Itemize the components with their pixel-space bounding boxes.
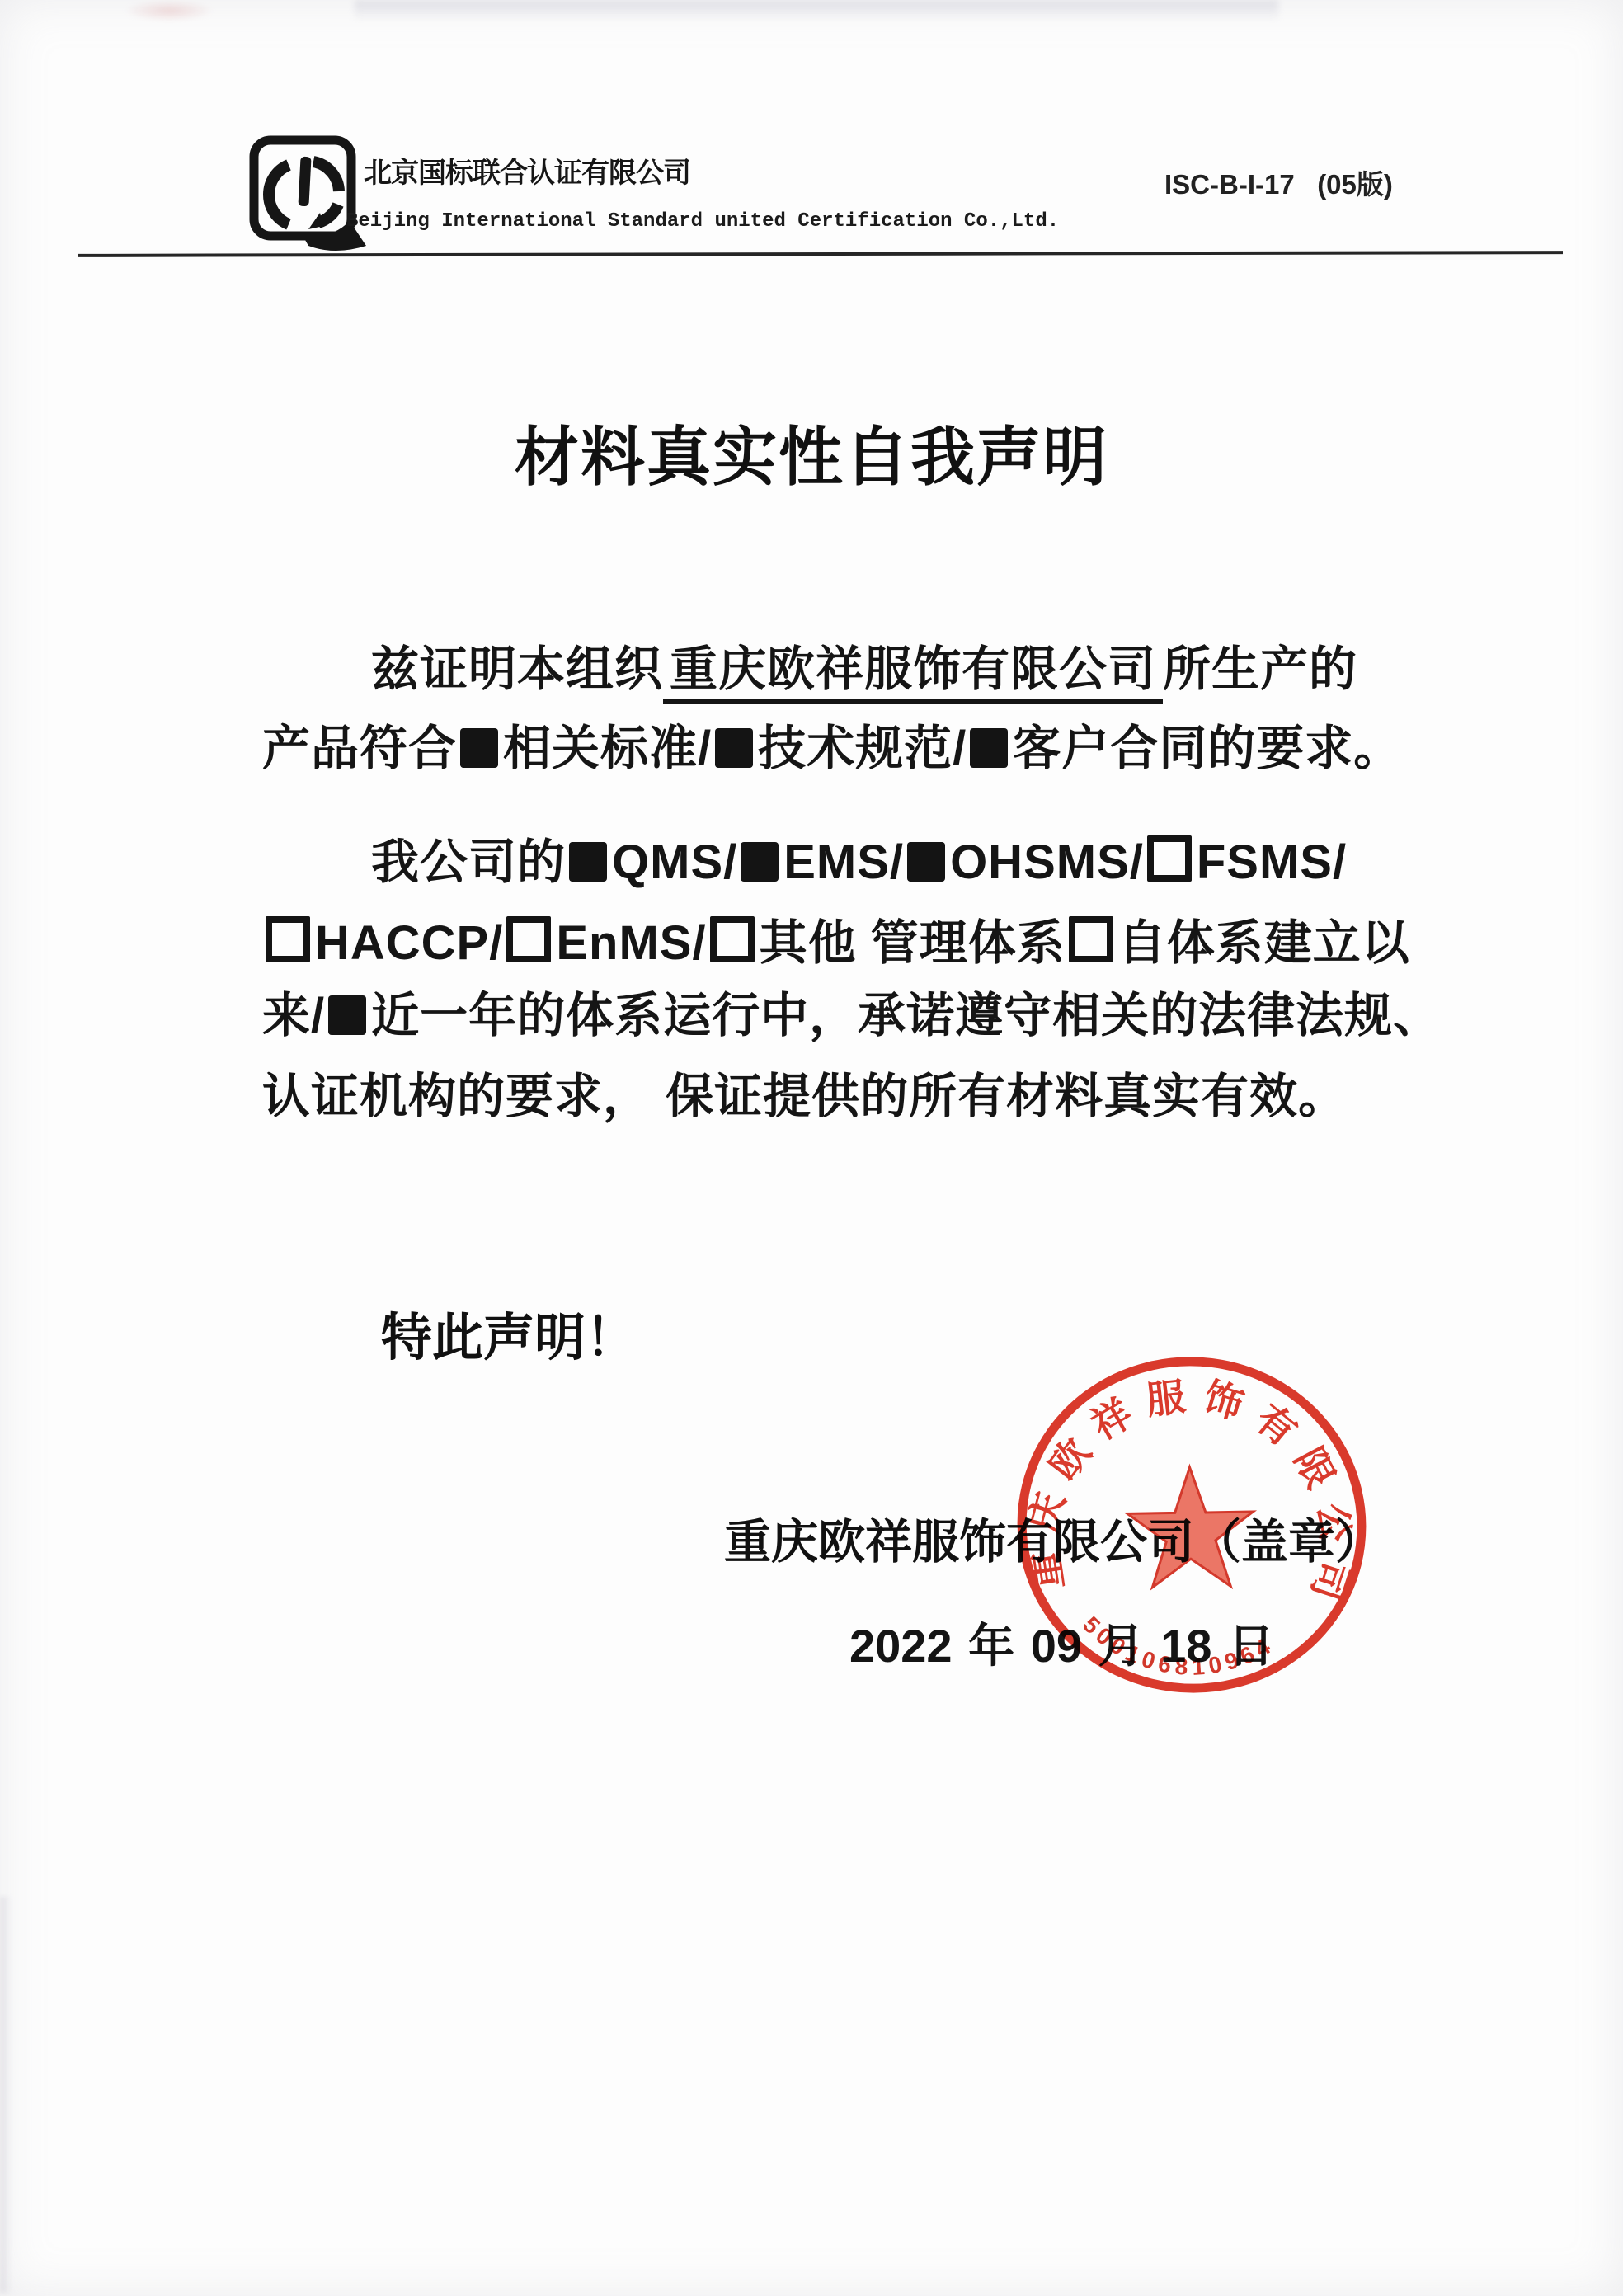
body-text: 认证机构的要求， 保证提供的所有材料真实有效。 [262,1070,1347,1123]
checkbox-empty-icon [1069,916,1113,962]
checkbox-filled-icon [907,842,945,882]
body-text: 来/ [262,989,325,1042]
checkbox-filled-icon [460,728,498,768]
body-line: 产品符合相关标准/技术规范/客户合同的要求。 [262,709,1402,779]
body-text: EnMS/ [556,916,706,970]
body-text: 相关标准/ [503,722,712,775]
stamp-ring-text: 重庆欧祥服饰有限公司 [1014,1355,1376,1631]
body-line: 认证机构的要求， 保证提供的所有材料真实有效。 [262,1057,1347,1127]
body-text: 兹证明本组织 [371,642,663,696]
checkbox-filled-icon [569,842,607,882]
organization-name-underlined: 重庆欧祥服饰有限公司 [663,642,1163,704]
checkbox-empty-icon [710,916,755,962]
checkbox-filled-icon [970,728,1008,768]
body-text: 所生产的 [1163,642,1357,696]
document-page: 北京国标联合认证有限公司 Beijing International Stand… [0,0,1623,2296]
form-code: ISC-B-I-17 (05版) [1164,163,1393,202]
isc-certification-logo-icon [247,130,373,256]
signature-date: 2022 年 09 月 18 日 [849,1610,1274,1676]
body-text: 技术规范/ [758,722,967,775]
scan-smudge [355,0,1278,21]
scan-smudge [0,1897,12,2293]
checkbox-filled-icon [328,995,366,1035]
body-text: HACCP/ [315,916,503,970]
checkbox-filled-icon [715,728,753,768]
body-text: EMS/ [783,835,904,889]
body-text: OHSMS/ [950,835,1144,889]
body-line: HACCP/EnMS/其他 管理体系自体系建立以 [262,904,1410,973]
checkbox-empty-icon [506,916,551,962]
svg-text:重庆欧祥服饰有限公司: 重庆欧祥服饰有限公司 [1014,1355,1376,1631]
checkbox-empty-icon [266,916,310,962]
signature-company-line: 重庆欧祥服饰有限公司（盖章） [724,1504,1382,1572]
body-text: QMS/ [612,835,737,889]
issuer-name-english: Beijing International Standard united Ce… [346,210,1059,233]
body-line: 我公司的QMS/EMS/OHSMS/FSMS/ [371,823,1347,892]
checkbox-empty-icon [1147,835,1192,882]
declaration-text: 特此声明！ [381,1296,637,1370]
body-text: FSMS/ [1197,835,1347,889]
body-text: 我公司的 [371,835,566,889]
body-text: 近一年的体系运行中，承诺遵守相关的法律法规、 [371,989,1442,1042]
body-line: 来/近一年的体系运行中，承诺遵守相关的法律法规、 [262,976,1442,1046]
checkbox-filled-icon [741,842,779,882]
body-text: 产品符合 [262,722,457,775]
body-text: 其他 管理体系 [760,916,1066,970]
body-line: 兹证明本组织重庆欧祥服饰有限公司所生产的 [371,630,1357,699]
body-text: 自体系建立以 [1118,916,1410,970]
body-text: 客户合同的要求。 [1013,722,1402,775]
document-title: 材料真实性自我声明 [0,406,1623,498]
issuer-name-chinese: 北京国标联合认证有限公司 [364,150,690,191]
scan-smudge [124,0,214,21]
